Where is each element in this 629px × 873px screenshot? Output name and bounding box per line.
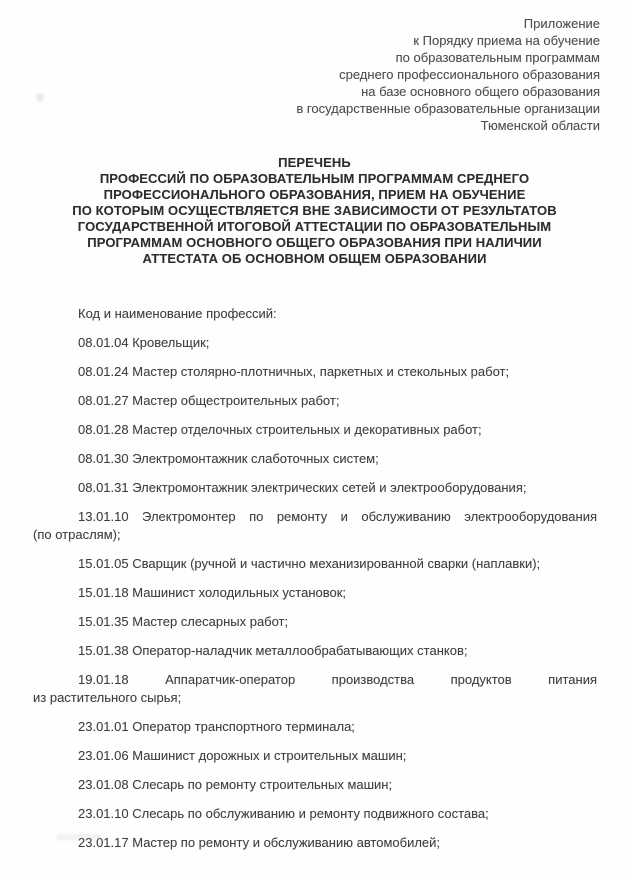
item-line: 23.01.06 Машинист дорожных и строительны… <box>33 747 597 765</box>
list-item: 13.01.10 Электромонтер по ремонту и обсл… <box>33 508 597 544</box>
item-line: 15.01.38 Оператор-наладчик металлообраба… <box>33 642 597 660</box>
item-line: 15.01.18 Машинист холодильных установок; <box>33 584 597 602</box>
list-item: 08.01.24 Мастер столярно-плотничных, пар… <box>33 363 597 381</box>
title-line: ПЕРЕЧЕНЬ <box>35 155 595 171</box>
annex-header-line: на базе основного общего образования <box>0 83 600 100</box>
item-line: 08.01.27 Мастер общестроительных работ; <box>33 392 597 410</box>
item-line: 08.01.28 Мастер отделочных строительных … <box>33 421 597 439</box>
annex-header-line: Тюменской области <box>0 117 600 134</box>
item-line: 15.01.35 Мастер слесарных работ; <box>33 613 597 631</box>
annex-header-line: Приложение <box>0 15 600 32</box>
item-line: 08.01.04 Кровельщик; <box>33 334 597 352</box>
item-line: из растительного сырья; <box>33 689 597 707</box>
scan-artifact <box>36 93 44 102</box>
document-title: ПЕРЕЧЕНЬ ПРОФЕССИЙ ПО ОБРАЗОВАТЕЛЬНЫМ ПР… <box>35 155 595 267</box>
item-line: 13.01.10 Электромонтер по ремонту и обсл… <box>33 508 597 526</box>
list-item: 08.01.27 Мастер общестроительных работ; <box>33 392 597 410</box>
item-line: 23.01.08 Слесарь по ремонту строительных… <box>33 776 597 794</box>
title-line: ПО КОТОРЫМ ОСУЩЕСТВЛЯЕТСЯ ВНЕ ЗАВИСИМОСТ… <box>35 203 595 219</box>
annex-header-line: среднего профессионального образования <box>0 66 600 83</box>
item-line: 15.01.05 Сварщик (ручной и частично меха… <box>33 555 597 573</box>
title-line: ГОСУДАРСТВЕННОЙ ИТОГОВОЙ АТТЕСТАЦИИ ПО О… <box>35 219 595 235</box>
scan-artifact <box>56 834 102 840</box>
item-line: 23.01.01 Оператор транспортного терминал… <box>33 718 597 736</box>
annex-header: Приложение к Порядку приема на обучение … <box>0 0 629 134</box>
list-item: 15.01.35 Мастер слесарных работ; <box>33 613 597 631</box>
annex-header-line: к Порядку приема на обучение <box>0 32 600 49</box>
profession-list: Код и наименование профессий: 08.01.04 К… <box>33 305 597 852</box>
list-item: 08.01.30 Электромонтажник слаботочных си… <box>33 450 597 468</box>
list-item: 08.01.31 Электромонтажник электрических … <box>33 479 597 497</box>
title-line: АТТЕСТАТА ОБ ОСНОВНОМ ОБЩЕМ ОБРАЗОВАНИИ <box>35 251 595 267</box>
annex-header-line: по образовательным программам <box>0 49 600 66</box>
list-item: 15.01.05 Сварщик (ручной и частично меха… <box>33 555 597 573</box>
item-line: 23.01.17 Мастер по ремонту и обслуживани… <box>33 834 597 852</box>
list-item: 23.01.10 Слесарь по обслуживанию и ремон… <box>33 805 597 823</box>
list-item: 23.01.08 Слесарь по ремонту строительных… <box>33 776 597 794</box>
list-item: 15.01.18 Машинист холодильных установок; <box>33 584 597 602</box>
list-item: 15.01.38 Оператор-наладчик металлообраба… <box>33 642 597 660</box>
item-line: 08.01.30 Электромонтажник слаботочных си… <box>33 450 597 468</box>
item-line: 19.01.18 Аппаратчик-оператор производств… <box>33 671 597 689</box>
item-line: 08.01.24 Мастер столярно-плотничных, пар… <box>33 363 597 381</box>
scan-artifact <box>428 111 433 115</box>
list-item: 23.01.06 Машинист дорожных и строительны… <box>33 747 597 765</box>
item-line: 23.01.10 Слесарь по обслуживанию и ремон… <box>33 805 597 823</box>
annex-header-line: в государственные образовательные органи… <box>0 100 600 117</box>
title-line: ПРОГРАММАМ ОСНОВНОГО ОБЩЕГО ОБРАЗОВАНИЯ … <box>35 235 595 251</box>
list-intro: Код и наименование профессий: <box>33 305 597 323</box>
document-page: Приложение к Порядку приема на обучение … <box>0 0 629 873</box>
title-line: ПРОФЕССИЙ ПО ОБРАЗОВАТЕЛЬНЫМ ПРОГРАММАМ … <box>35 171 595 187</box>
item-line: 08.01.31 Электромонтажник электрических … <box>33 479 597 497</box>
title-line: ПРОФЕССИОНАЛЬНОГО ОБРАЗОВАНИЯ, ПРИЕМ НА … <box>35 187 595 203</box>
list-item: 08.01.04 Кровельщик; <box>33 334 597 352</box>
list-item: 08.01.28 Мастер отделочных строительных … <box>33 421 597 439</box>
item-line: (по отраслям); <box>33 526 597 544</box>
list-item: 23.01.01 Оператор транспортного терминал… <box>33 718 597 736</box>
list-item: 19.01.18 Аппаратчик-оператор производств… <box>33 671 597 707</box>
list-item: 23.01.17 Мастер по ремонту и обслуживани… <box>33 834 597 852</box>
